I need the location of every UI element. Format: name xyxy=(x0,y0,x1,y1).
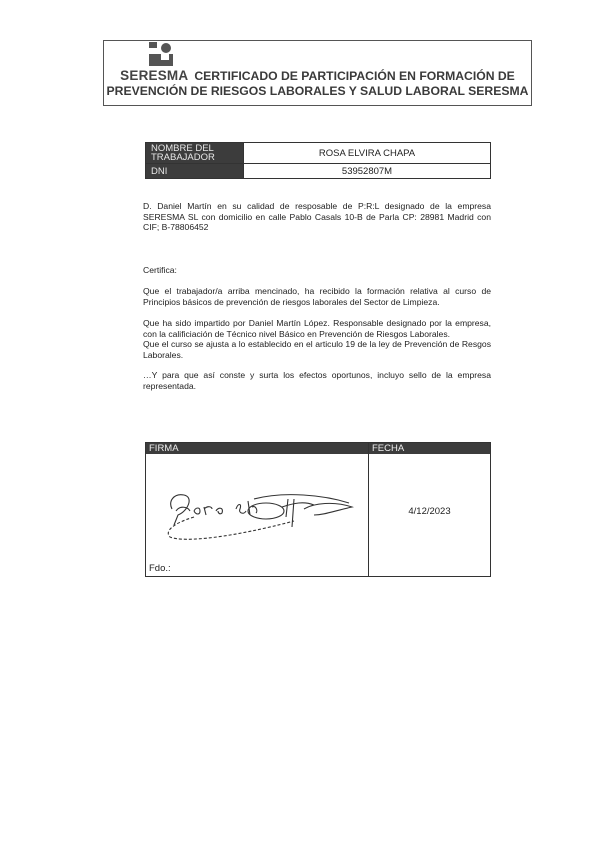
dni-label: DNI xyxy=(146,164,244,179)
fecha-value: 4/12/2023 xyxy=(369,506,490,517)
paragraph-law: Que el curso se ajusta a lo establecido … xyxy=(143,339,491,360)
fecha-label: FECHA xyxy=(372,443,404,454)
signature-table-header: FIRMA FECHA xyxy=(146,443,490,454)
brand-name: SERESMA xyxy=(120,68,188,83)
header-title-line1: SERESMACERTIFICADO DE PARTICIPACIÓN EN F… xyxy=(104,68,531,83)
header-title-line2: PREVENCIÓN DE RIESGOS LABORALES Y SALUD … xyxy=(104,84,531,98)
worker-dni-row: DNI 53952807M xyxy=(146,164,491,179)
certificate-header: SERESMACERTIFICADO DE PARTICIPACIÓN EN F… xyxy=(103,40,532,106)
seresma-logo-icon xyxy=(147,42,175,66)
worker-name-value: ROSA ELVIRA CHAPA xyxy=(244,143,491,164)
handwritten-signature-icon xyxy=(154,481,354,551)
certifica-label: Certifica: xyxy=(143,265,491,276)
worker-name-row: NOMBRE DEL TRABAJADOR ROSA ELVIRA CHAPA xyxy=(146,143,491,164)
intro-paragraph: D. Daniel Martín en su calidad de respos… xyxy=(143,201,491,233)
closing-paragraph: …Y para que así conste y surta los efect… xyxy=(143,370,491,391)
firma-label: FIRMA xyxy=(149,443,179,454)
fdo-label: Fdo.: xyxy=(149,563,171,574)
paragraph-training: Que el trabajador/a arriba mencinado, ha… xyxy=(143,286,491,307)
paragraph-instructor: Que ha sido impartido por Daniel Martín … xyxy=(143,318,491,339)
worker-name-label: NOMBRE DEL TRABAJADOR xyxy=(146,143,244,164)
signature-table: FIRMA FECHA 4/12/2023 Fdo.: xyxy=(145,442,491,577)
dni-value: 53952807M xyxy=(244,164,491,179)
worker-info-table: NOMBRE DEL TRABAJADOR ROSA ELVIRA CHAPA … xyxy=(145,142,491,179)
